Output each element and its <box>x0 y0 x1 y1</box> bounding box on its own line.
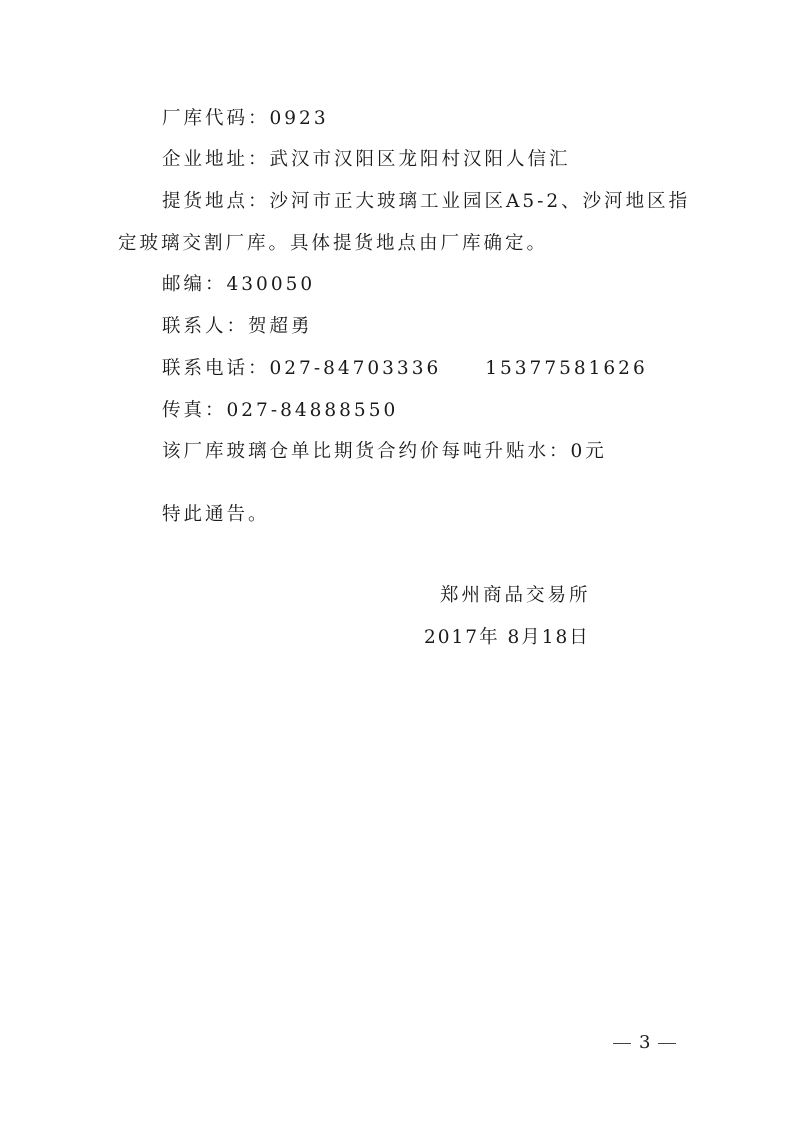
value: 贺超勇 <box>248 316 313 337</box>
pickup-location: 提货地点：沙河市正大玻璃工业园区A5-2、沙河地区指 <box>162 190 690 214</box>
mobile-value: 15377581626 <box>485 358 647 379</box>
label: 邮编： <box>162 274 227 295</box>
value: 430050 <box>227 274 316 295</box>
company-address: 企业地址：武汉市汉阳区龙阳村汉阳人信汇 <box>162 148 571 172</box>
label: 厂库代码： <box>162 108 270 129</box>
page-number-value: 3 <box>639 1032 650 1053</box>
dash-icon <box>613 1043 631 1044</box>
warehouse-code: 厂库代码：0923 <box>162 107 329 131</box>
signature-organization: 郑州商品交易所 <box>440 584 591 608</box>
label: 提货地点： <box>162 191 270 212</box>
label: 传真： <box>162 400 227 421</box>
page-number: 3 <box>605 1032 684 1053</box>
closing-statement: 特此通告。 <box>162 503 270 527</box>
postal-code: 邮编：430050 <box>162 273 315 297</box>
value: 沙河市正大玻璃工业园区A5-2、沙河地区指 <box>270 191 691 212</box>
value: 027-84703336 <box>270 358 442 379</box>
label: 联系电话： <box>162 358 270 379</box>
value: 该厂库玻璃仓单比期货合约价每吨升贴水：0元 <box>162 441 607 462</box>
label: 企业地址： <box>162 149 270 170</box>
value: 定玻璃交割厂库。具体提货地点由厂库确定。 <box>118 233 548 254</box>
signature-date: 2017年 8月18日 <box>424 626 590 650</box>
pickup-location-continued: 定玻璃交割厂库。具体提货地点由厂库确定。 <box>118 232 548 256</box>
value: 0923 <box>270 108 329 129</box>
contact-phone: 联系电话：027-8470333615377581626 <box>162 357 648 381</box>
fax: 传真：027-84888550 <box>162 399 398 423</box>
value: 027-84888550 <box>227 400 399 421</box>
contact-person: 联系人：贺超勇 <box>162 315 313 339</box>
premium-discount: 该厂库玻璃仓单比期货合约价每吨升贴水：0元 <box>162 440 607 464</box>
dash-icon <box>658 1043 676 1044</box>
value: 武汉市汉阳区龙阳村汉阳人信汇 <box>270 149 571 170</box>
label: 联系人： <box>162 316 248 337</box>
